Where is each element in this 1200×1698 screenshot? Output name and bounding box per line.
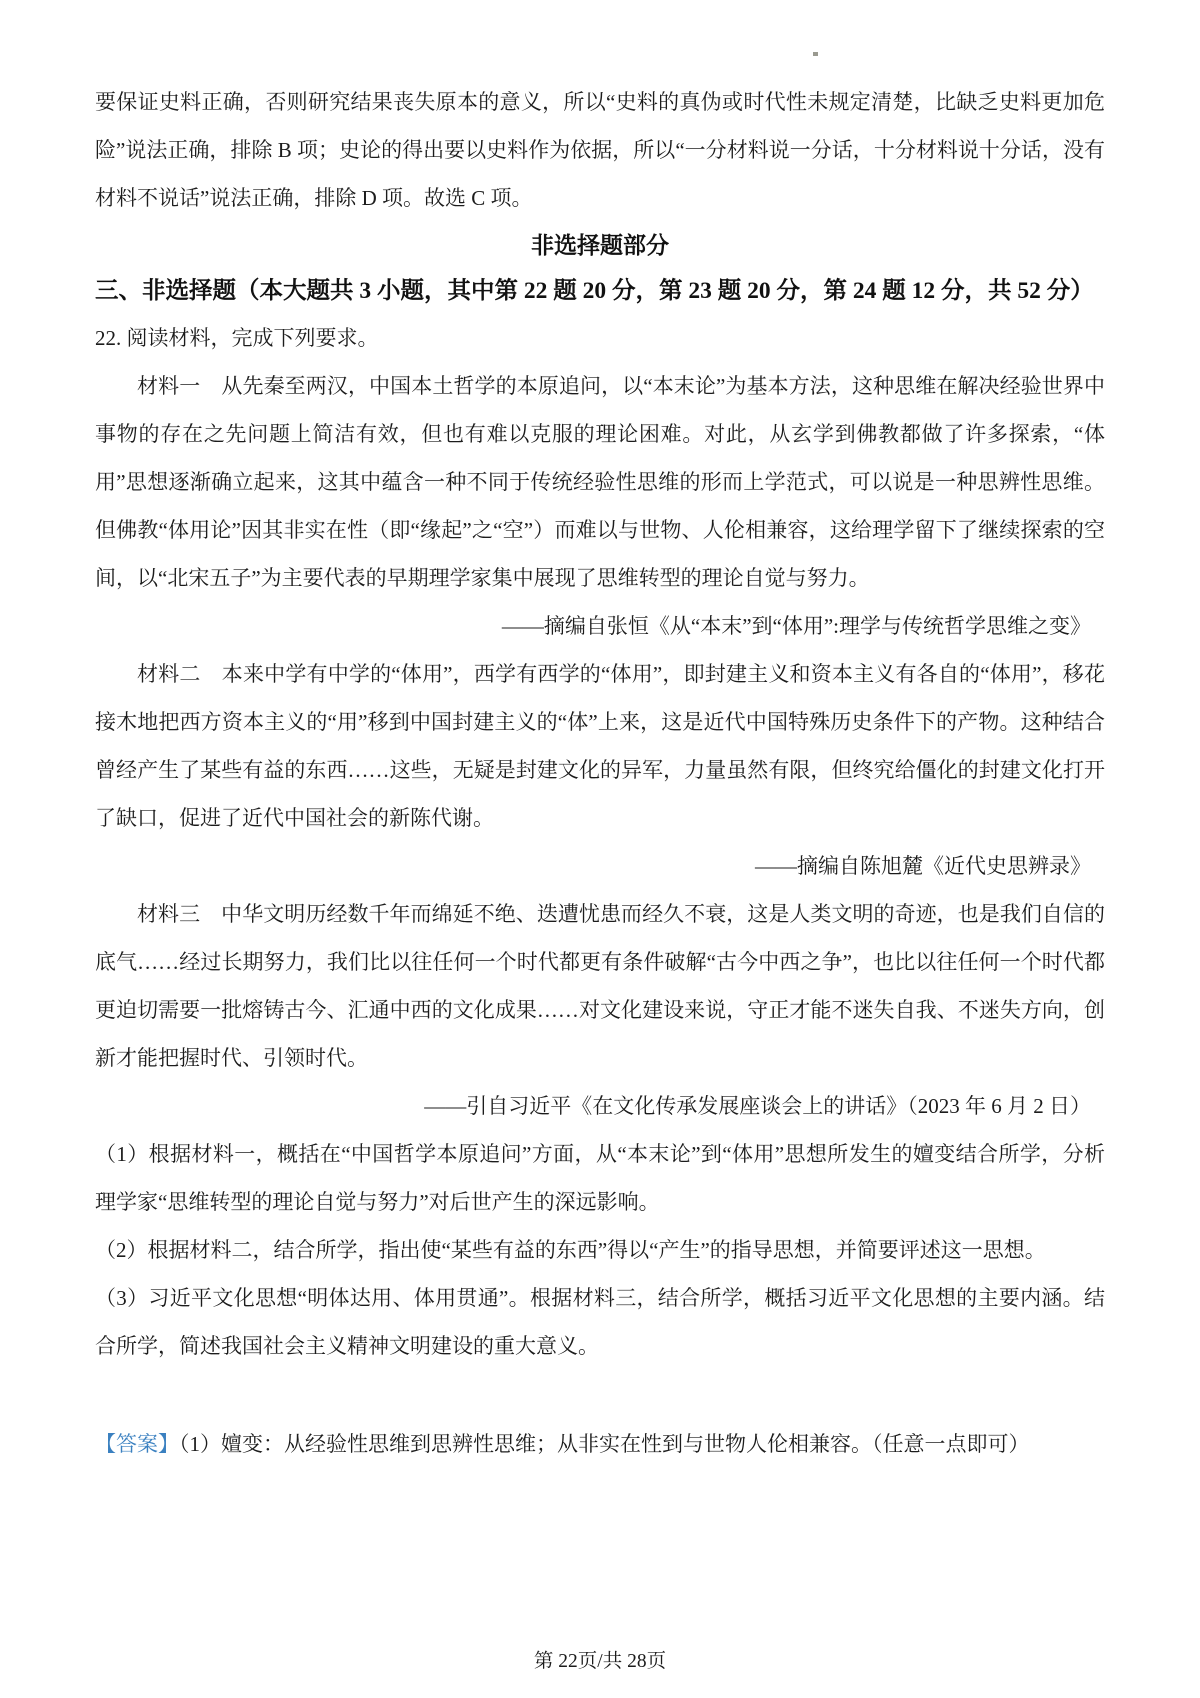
analysis-paragraph: 要保证史料正确，否则研究结果丧失原本的意义，所以“史料的真伪或时代性未规定清楚，…	[95, 78, 1105, 222]
material-2-text: 材料二 本来中学有中学的“体用”，西学有西学的“体用”，即封建主义和资本主义有各…	[95, 650, 1105, 842]
page-number-footer: 第 22页/共 28页	[0, 1650, 1200, 1674]
material-1-source: ——摘编自张恒《从“本末”到“体用”:理学与传统哲学思维之变》	[95, 602, 1105, 650]
section-heading: 三、非选择题（本大题共 3 小题，其中第 22 题 20 分，第 23 题 20…	[95, 268, 1105, 314]
part-section-title: 非选择题部分	[95, 222, 1105, 268]
scan-speck-artifact	[813, 52, 818, 56]
material-1-text: 材料一 从先秦至两汉，中国本土哲学的本原追问，以“本末论”为基本方法，这种思维在…	[95, 362, 1105, 602]
exam-page-content: 要保证史料正确，否则研究结果丧失原本的意义，所以“史料的真伪或时代性未规定清楚，…	[95, 78, 1105, 1468]
material-2-source: ——摘编自陈旭麓《近代史思辨录》	[95, 842, 1105, 890]
subquestion-3: （3）习近平文化思想“明体达用、体用贯通”。根据材料三，结合所学，概括习近平文化…	[95, 1274, 1105, 1370]
subquestion-1: （1）根据材料一，概括在“中国哲学本原追问”方面，从“本末论”到“体用”思想所发…	[95, 1130, 1105, 1226]
question-22-intro: 22. 阅读材料，完成下列要求。	[95, 314, 1105, 362]
answer-line: 【答案】（1）嬗变：从经验性思维到思辨性思维；从非实在性到与世物人伦相兼容。（任…	[95, 1420, 1105, 1468]
material-3-source: ——引自习近平《在文化传承发展座谈会上的讲话》（2023 年 6 月 2 日）	[95, 1082, 1105, 1130]
answer-label: 【答案】	[95, 1432, 179, 1456]
answer-point-1: （1）嬗变：从经验性思维到思辨性思维；从非实在性到与世物人伦相兼容。（任意一点即…	[179, 1432, 1030, 1456]
material-3-text: 材料三 中华文明历经数千年而绵延不绝、迭遭忧患而经久不衰，这是人类文明的奇迹，也…	[95, 890, 1105, 1082]
subquestion-2: （2）根据材料二，结合所学，指出使“某些有益的东西”得以“产生”的指导思想，并简…	[95, 1226, 1105, 1274]
